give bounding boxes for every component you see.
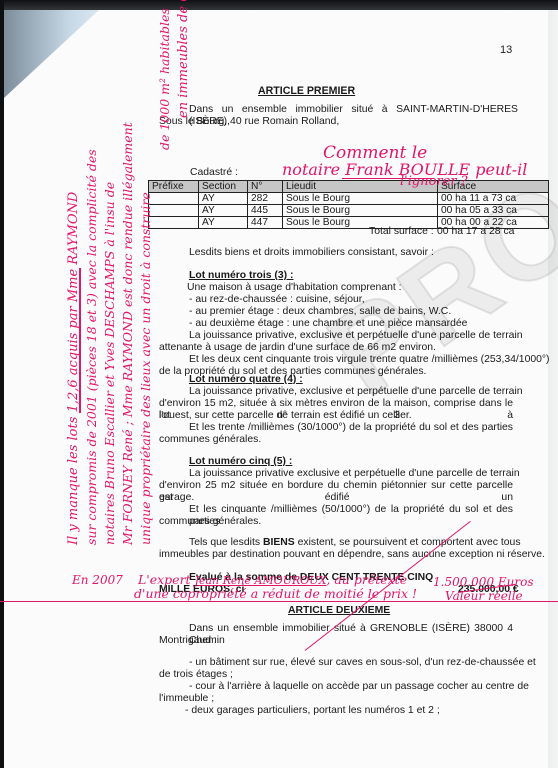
annotation-separator-line <box>0 601 558 602</box>
margin-note-3: notaires Bruno Escallier et Yves DESCHAM… <box>102 182 117 545</box>
text-bold: BIENS <box>263 537 295 549</box>
tels-que-line-2: immeubles par destination pouvant en dép… <box>159 549 545 561</box>
lot-3-line: - au rez-de-chaussée : cuisine, séjour, <box>189 294 365 306</box>
lot-5-line: garage. <box>159 492 194 504</box>
page-number: 13 <box>500 44 512 56</box>
cell: 445 <box>248 205 283 217</box>
annotation-real-value: 1.500.000 Euros <box>433 575 534 589</box>
lot-3-line: attenante à usage de jardin d'une surfac… <box>159 342 436 354</box>
lot-5-title: Lot numéro cinq (5) : <box>189 456 292 468</box>
lot-5-line: communes générales. <box>159 516 261 528</box>
cell: Sous le Bourg <box>283 205 438 217</box>
text: Tels que lesdits <box>189 537 263 549</box>
lot-3-line: Et les deux cent cinquante trois virgule… <box>189 354 550 366</box>
cadastre-label: Cadastré : <box>190 167 238 179</box>
lot-4-line: l'ouest, sur cette parcelle de terrain e… <box>159 410 412 422</box>
cell: 00 ha 11 a 73 ca <box>438 193 549 205</box>
article-2-item: - deux garages particuliers, portant les… <box>185 705 440 717</box>
scanner-border-left <box>0 0 4 768</box>
cell <box>149 205 199 217</box>
lot-5-line: La jouissance privative exclusive et per… <box>189 468 520 480</box>
article-2-title: ARTICLE DEUXIEME <box>288 605 390 617</box>
article-2-intro-1: Dans un ensemble immobilier situé à GREN… <box>189 623 513 647</box>
text: L'expert <box>138 572 195 587</box>
lot-4-title: Lot numéro quatre (4) : <box>189 374 303 386</box>
lot-3-line: - au premier étage : deux chambres, sall… <box>189 306 451 318</box>
cell <box>149 193 199 205</box>
lot-3-line: Une maison à usage d'habitation comprena… <box>187 282 402 294</box>
annotation-underline <box>342 178 434 179</box>
table-row: AY 282 Sous le Bourg 00 ha 11 a 73 ca <box>149 193 549 205</box>
annotation-comment-3: l'ignorer ? <box>400 174 468 189</box>
cell: 447 <box>248 217 283 229</box>
annotation-2007: En 2007 <box>72 573 123 587</box>
cell: AY <box>199 193 248 205</box>
lot-5-line: d'environ 25 m2 située en bordure du che… <box>159 480 513 504</box>
cell: AY <box>199 205 248 217</box>
col-section: Section <box>199 181 248 193</box>
cell <box>149 217 199 229</box>
lot-4-line: La jouissance privative, exclusive et pe… <box>189 386 523 398</box>
lot-3-line: La jouissance privative, exclusive et pe… <box>189 330 523 342</box>
margin-note-6: de 1000 m² habitables <box>157 8 172 150</box>
article-2-item: l'immeuble ; <box>159 693 214 705</box>
cell: 00 ha 05 a 33 ca <box>438 205 549 217</box>
biens-intro: Lesdits biens et droits immobiliers cons… <box>189 247 434 259</box>
article-2-intro-2: Montrigaud : <box>159 635 217 647</box>
margin-note-7: en immeubles de 6 étages <box>176 0 191 118</box>
cadastre-table: Préfixe Section N° Lieudit Surface AY 28… <box>148 180 549 229</box>
col-numero: N° <box>248 181 283 193</box>
table-header-row: Préfixe Section N° Lieudit Surface <box>149 181 549 193</box>
total-surface-value: 00 ha 17 a 28 ca <box>437 226 514 238</box>
margin-note-5: unique propriétaire des lieux avec un dr… <box>138 192 153 545</box>
margin-note-4: Mr FORNEY René ; Mme RAYMOND est donc re… <box>120 122 135 545</box>
lot-4-line: communes générales. <box>159 434 261 446</box>
cell: 282 <box>248 193 283 205</box>
lot-4-line: Et les trente /millièmes (30/1000°) de l… <box>189 422 513 434</box>
table-row: AY 445 Sous le Bourg 00 ha 05 a 33 ca <box>149 205 549 217</box>
col-prefixe: Préfixe <box>149 181 199 193</box>
article-1-title: ARTICLE PREMIER <box>258 85 355 97</box>
text: existent, se poursuivent et comportent a… <box>295 537 521 549</box>
article-2-item: - cour à l'arrière à laquelle on accède … <box>189 681 529 693</box>
cell: AY <box>199 217 248 229</box>
tels-que-line-1: Tels que lesdits BIENS existent, se pour… <box>189 537 513 549</box>
annotation-expert-1: L'expert Jean René AMOUROUX, au prétexte <box>138 572 407 587</box>
lot-3-title: Lot numéro trois (3) : <box>189 270 293 282</box>
margin-note-2: sur compromis de 2001 (pièces 18 et 3) a… <box>84 149 99 545</box>
annotation-expert-2: d'une copropriété a réduit de moitié le … <box>134 586 417 601</box>
lot-3-line: - au deuxième étage : une chambre et une… <box>189 318 467 330</box>
article-2-item: de trois étages ; <box>159 669 233 681</box>
margin-note-1: Il y manque les lots 1,2,6 acquis par Mm… <box>66 192 81 545</box>
cell: Sous le Bourg <box>283 193 438 205</box>
page-edge <box>548 10 558 768</box>
article-2-item: - un bâtiment sur rue, élevé sur caves e… <box>189 657 536 669</box>
total-surface-label: Total surface : <box>369 226 434 238</box>
